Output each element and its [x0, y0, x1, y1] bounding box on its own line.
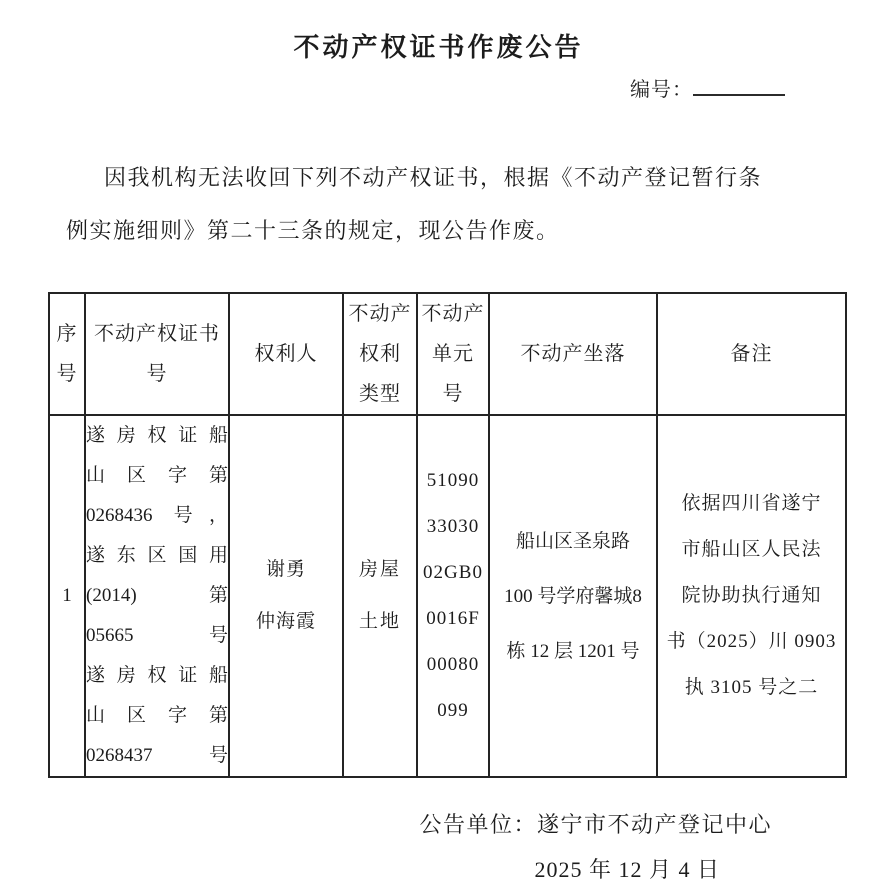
cell-seq: 1 [49, 415, 85, 777]
cell-certificate-no: 遂房权证船 山区字第 0268436 号， 遂东区国用 (2014) 第 056… [85, 415, 229, 777]
col-header-remark: 备注 [657, 293, 846, 415]
col-header-certificate-no: 不动产权证书 号 [85, 293, 229, 415]
page-title: 不动产权证书作废公告 [0, 0, 877, 64]
cell-location: 船山区圣泉路 100 号学府馨城8 栋 12 层 1201 号 [489, 415, 657, 777]
table-header-row: 序 号 不动产权证书 号 权利人 不动产 权利 类型 不动产 单元 号 不动产坐… [49, 293, 846, 415]
announcement-document: 不动产权证书作废公告 编号： 因我机构无法收回下列不动产权证书，根据《不动产登记… [0, 0, 877, 886]
issue-date: 2025 年 12 月 4 日 [0, 855, 877, 885]
serial-blank-line [693, 76, 785, 96]
cell-remark: 依据四川省遂宁 市船山区人民法 院协助执行通知 书（2025）川 0903 执 … [657, 415, 846, 777]
col-header-right-type: 不动产 权利 类型 [343, 293, 417, 415]
serial-row: 编号： [0, 76, 877, 103]
serial-label: 编号： [630, 79, 693, 101]
cell-unit-no: 51090 33030 02GB0 0016F 00080 099 [417, 415, 489, 777]
col-header-seq: 序 号 [49, 293, 85, 415]
issuing-unit-line: 公告单位：遂宁市不动产登记中心 [0, 810, 877, 840]
col-header-unit-no: 不动产 单元 号 [417, 293, 489, 415]
cell-holder: 谢勇 仲海霞 [229, 415, 343, 777]
certificates-table: 序 号 不动产权证书 号 权利人 不动产 权利 类型 不动产 单元 号 不动产坐… [48, 292, 847, 778]
table-row: 1 遂房权证船 山区字第 0268436 号， 遂东区国用 (2014) 第 0… [49, 415, 846, 777]
col-header-holder: 权利人 [229, 293, 343, 415]
cell-right-type: 房屋 土地 [343, 415, 417, 777]
col-header-location: 不动产坐落 [489, 293, 657, 415]
body-paragraph: 因我机构无法收回下列不动产权证书，根据《不动产登记暂行条 例实施细则》第二十三条… [66, 151, 817, 257]
